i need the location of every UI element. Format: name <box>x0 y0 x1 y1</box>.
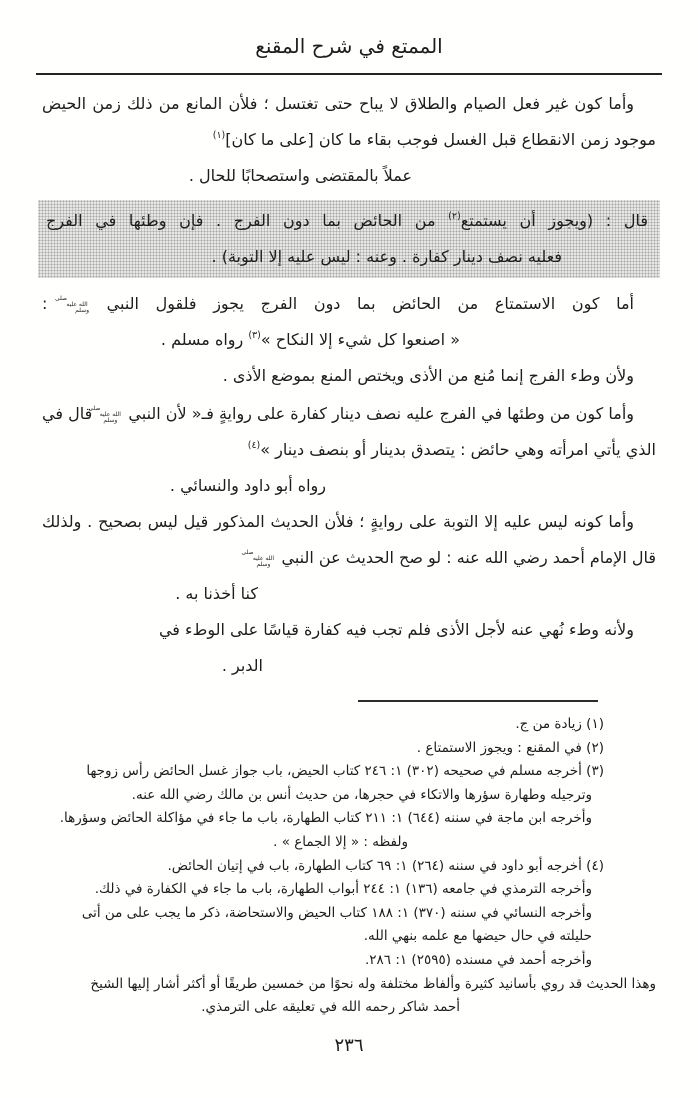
paragraph-2-text: أما كون الاستمتاع من الحائض بما دون الفر… <box>90 294 634 313</box>
paragraph-1: وأما كون غير فعل الصيام والطلاق لا يباح … <box>42 86 656 158</box>
footnote-line: وأخرجه النسائي في سننه (٣٧٠) ١: ١٨٨ كتاب… <box>42 902 656 926</box>
footnote-line: ولفظه : « إلا الجماع » . <box>42 831 656 855</box>
pbuh-mark: صلى الله عليه وسلم <box>65 296 89 314</box>
hadith-quote-text: « اصنعوا كل شيء إلا النكاح » <box>261 330 460 349</box>
pbuh-mark: صلى الله عليه وسلم <box>251 550 275 568</box>
paragraph-5-ending: كنا أخذنا به . <box>42 576 656 612</box>
page-number: ٢٣٦ <box>42 1035 656 1056</box>
paragraph-1-text: وأما كون غير فعل الصيام والطلاق لا يباح … <box>42 94 656 149</box>
paragraph-3: ولأن وطء الفرج إنما مُنع من الأذى ويختص … <box>42 358 656 394</box>
paragraph-6: ولأنه وطء نُهي عنه لأجل الأذى فلم تجب في… <box>42 612 656 648</box>
header-rule <box>36 73 662 75</box>
paragraph-5: وأما كونه ليس عليه إلا التوبة على روايةٍ… <box>42 504 656 576</box>
footnote-line: حليلته في حال حيضها مع علمه بنهي الله. <box>42 925 656 949</box>
matn-text-a: قال : (ويجوز أن يستمتع <box>461 211 648 230</box>
book-page: الممتع في شرح المقنع وأما كون غير فعل ال… <box>0 0 698 1098</box>
footnote-line: وأخرجه الترمذي في جامعه (١٣٦) ١: ٢٤٤ أبو… <box>42 878 656 902</box>
paragraph-1-ending: عملاً بالمقتضى واستصحابًا للحال . <box>42 158 656 194</box>
page-title: الممتع في شرح المقنع <box>42 0 656 58</box>
matn-text-b: من الحائض بما دون الفرج . فإن وطئها في ا… <box>46 211 448 230</box>
footnote-line: (١) زيادة من ج. <box>42 713 656 737</box>
pbuh-mark: صلى الله عليه وسلم <box>98 406 122 424</box>
hadith-quote-line: « اصنعوا كل شيء إلا النكاح »(٣) رواه مسل… <box>42 322 656 358</box>
paragraph-5-text: وأما كونه ليس عليه إلا التوبة على روايةٍ… <box>42 512 656 567</box>
footnote-separator <box>358 700 598 702</box>
paragraph-6-ending: الدبر . <box>42 648 656 684</box>
footnote-line: (٢) في المقنع : ويجوز الاستمتاع . <box>42 737 656 761</box>
footnote-line: وهذا الحديث قد روي بأسانيد كثيرة وألفاظ … <box>42 973 656 997</box>
footnote-line: أحمد شاكر رحمه الله في تعليقه على الترمذ… <box>42 996 656 1020</box>
paragraph-4-ending: رواه أبو داود والنسائي . <box>42 468 656 504</box>
matn-line-2: فعليه نصف دينار كفارة . وعنه : ليس عليه … <box>46 239 648 275</box>
footnote-ref-4: (٤) <box>248 440 261 451</box>
footnote-line: (٤) أخرجه أبو داود في سننه (٢٦٤) ١: ٦٩ ك… <box>42 855 656 879</box>
hadith-quote-tail: رواه مسلم . <box>161 330 248 349</box>
footnote-line: وترجيله وطهارة سؤرها والاتكاء في حجرها، … <box>42 784 656 808</box>
matn-line-1: قال : (ويجوز أن يستمتع(٢) من الحائض بما … <box>46 203 648 239</box>
footnotes-section: (١) زيادة من ج. (٢) في المقنع : ويجوز ال… <box>42 713 656 1020</box>
paragraph-2: أما كون الاستمتاع من الحائض بما دون الفر… <box>42 286 656 322</box>
matn-highlight-block: قال : (ويجوز أن يستمتع(٢) من الحائض بما … <box>38 200 660 278</box>
footnote-ref-2: (٢) <box>448 211 461 222</box>
footnote-ref-3: (٣) <box>248 330 261 341</box>
footnote-ref-1: (١) <box>213 130 226 141</box>
paragraph-4: وأما كون من وطئها في الفرج عليه نصف دينا… <box>42 396 656 468</box>
footnote-line: وأخرجه ابن ماجة في سننه (٦٤٤) ١: ٢١١ كتا… <box>42 807 656 831</box>
paragraph-4-text-a: وأما كون من وطئها في الفرج عليه نصف دينا… <box>123 404 634 423</box>
footnote-line: وأخرجه أحمد في مسنده (٢٥٩٥) ١: ٢٨٦. <box>42 949 656 973</box>
footnote-line: (٣) أخرجه مسلم في صحيحه (٣٠٢) ١: ٢٤٦ كتا… <box>42 760 656 784</box>
